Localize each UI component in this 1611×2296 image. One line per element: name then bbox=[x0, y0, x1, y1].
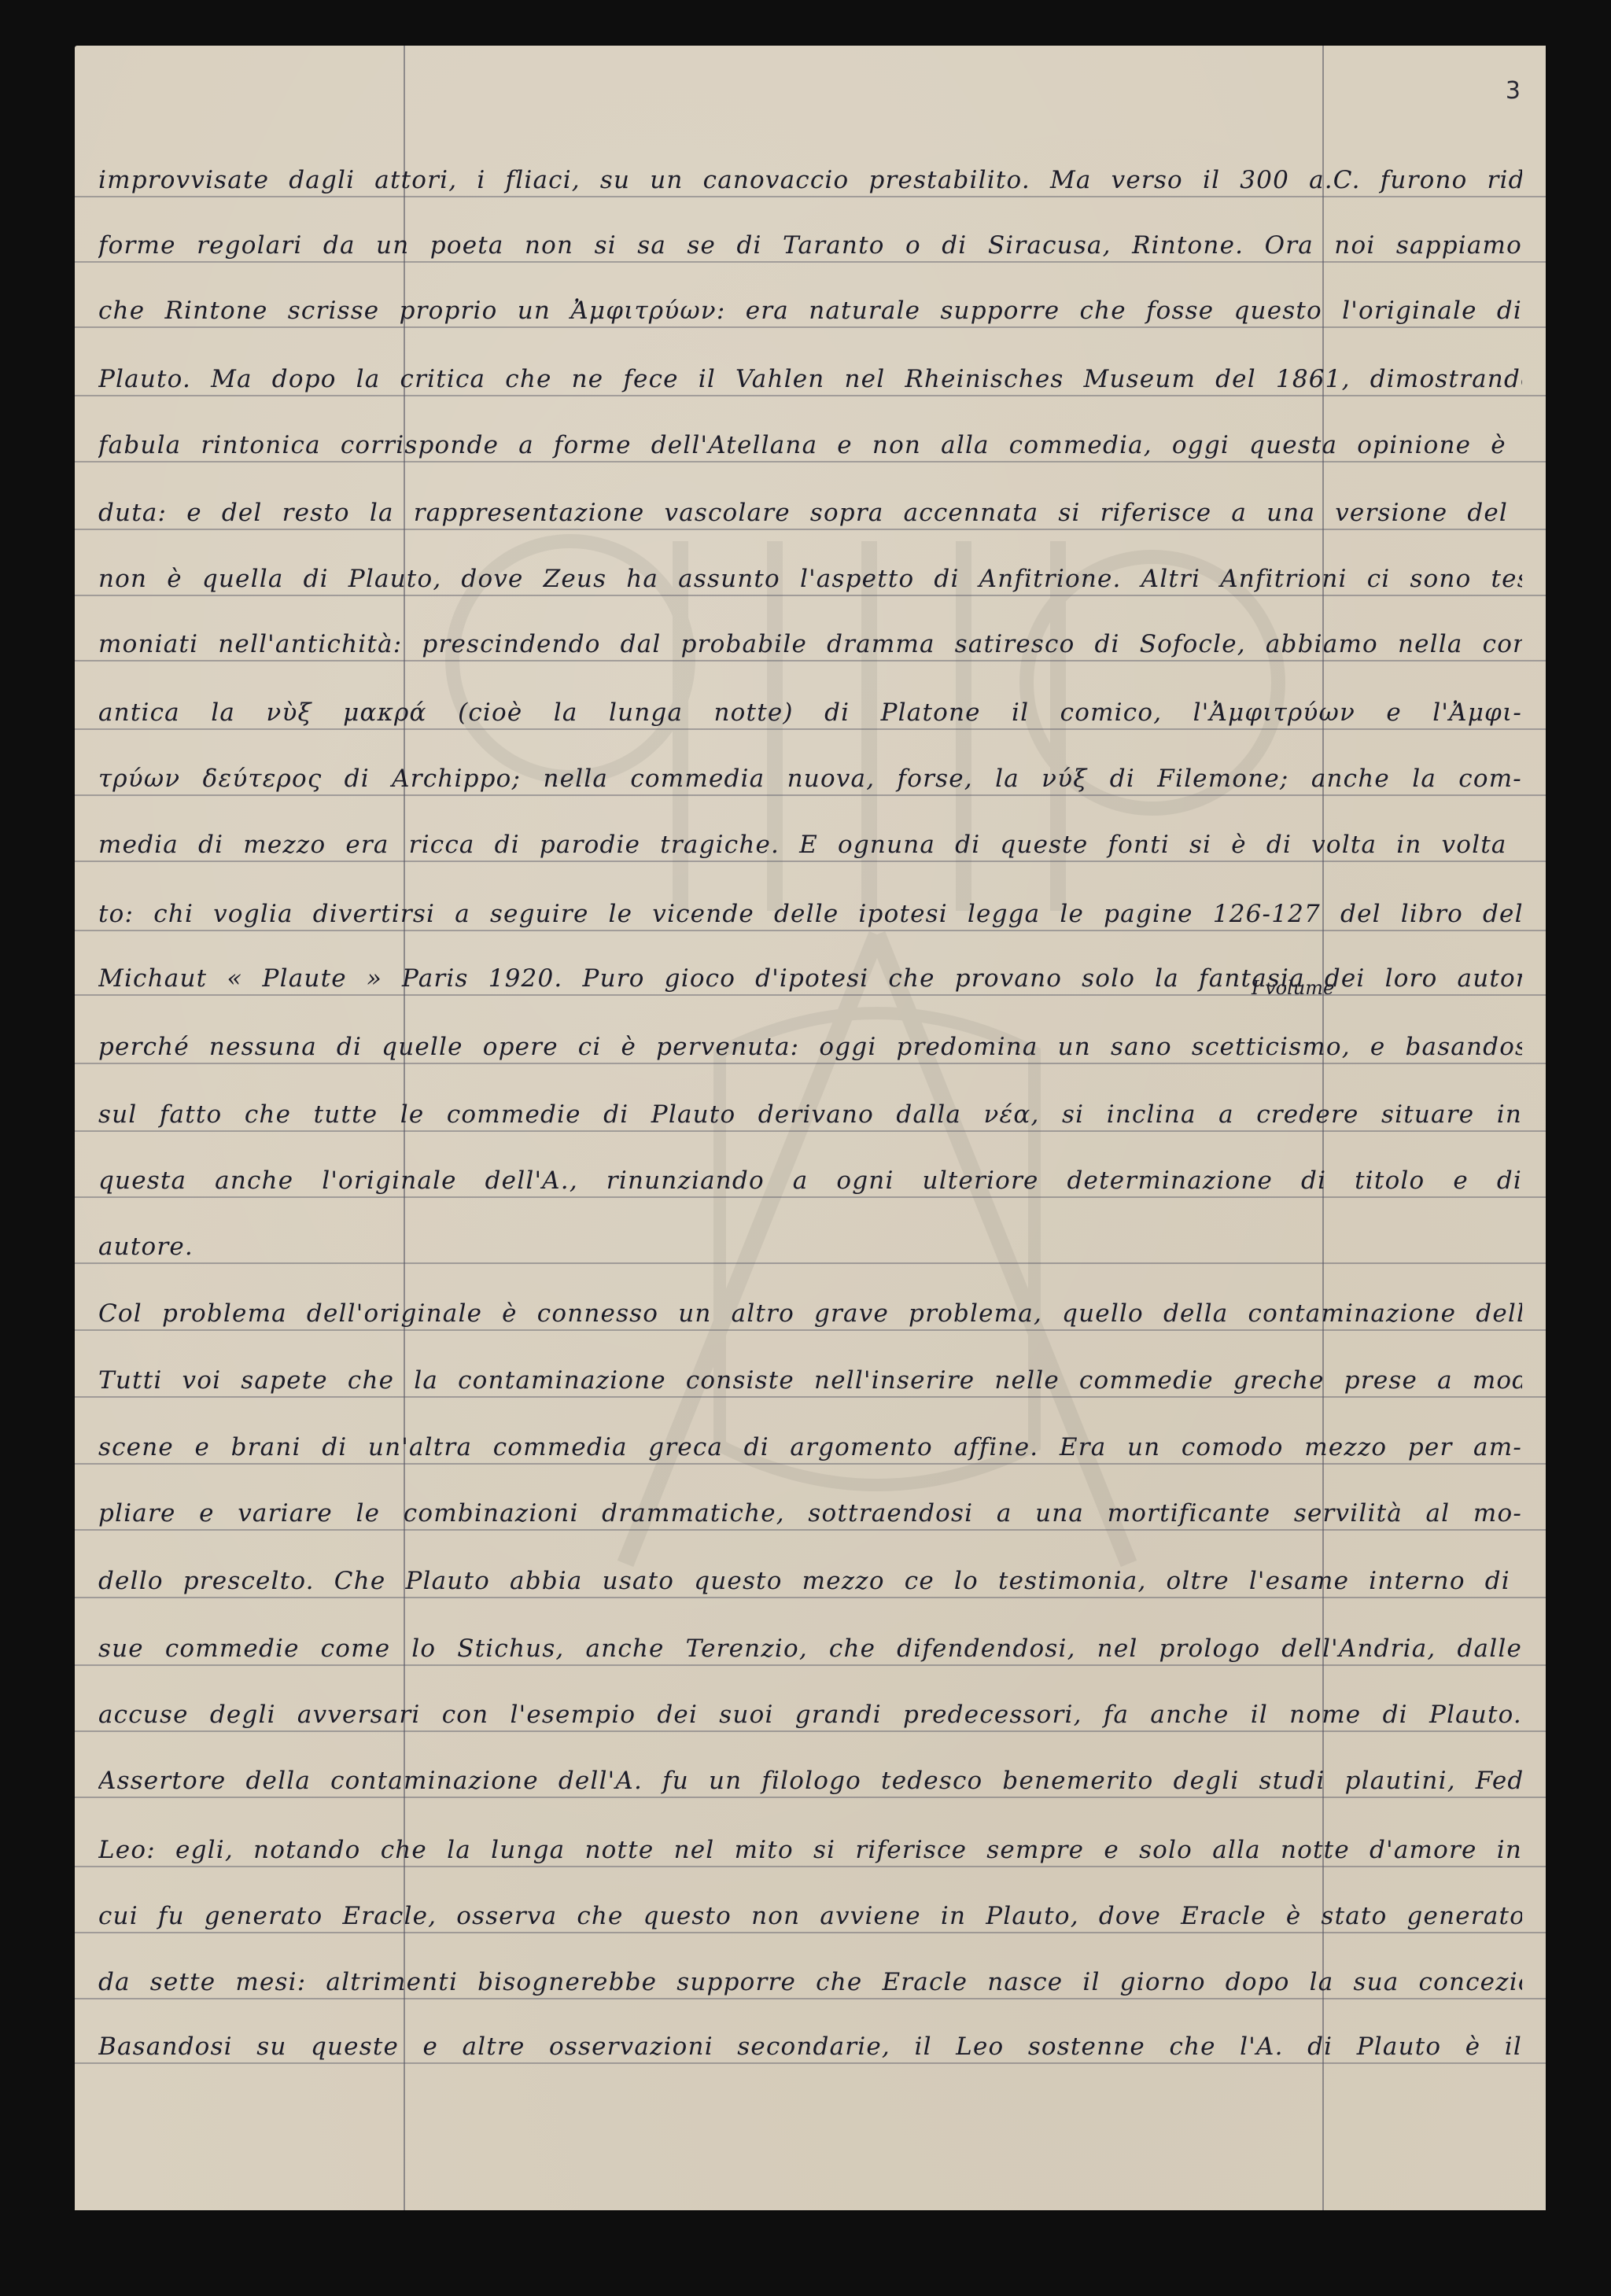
manuscript-page: 3 I volume improvvisate dagli attori, i … bbox=[75, 46, 1546, 2210]
text-line: fabula rintonica corrisponde a forme del… bbox=[75, 393, 1546, 463]
text-line: sul fatto che tutte le commedie di Plaut… bbox=[75, 1063, 1546, 1132]
text-line: duta: e del resto la rappresentazione va… bbox=[75, 461, 1546, 530]
text-line: improvvisate dagli attori, i fliaci, su … bbox=[75, 128, 1546, 197]
text-line: τρύων δεύτερος di Archippo; nella commed… bbox=[75, 727, 1546, 796]
text-line: sue commedie come lo Stichus, anche Tere… bbox=[75, 1597, 1546, 1666]
text-line: Michaut « Plaute » Paris 1920. Puro gioc… bbox=[75, 927, 1546, 996]
text-line: antica la νὺξ μακρά (cioè la lunga notte… bbox=[75, 661, 1546, 730]
text-line: che Rintone scrisse proprio un Ἀμφιτρύων… bbox=[75, 259, 1546, 328]
text-line: scene e brani di un'altra commedia greca… bbox=[75, 1395, 1546, 1465]
text-line: Basandosi su queste e altre osservazioni… bbox=[75, 1995, 1546, 2064]
text-line: pliare e variare le combinazioni drammat… bbox=[75, 1461, 1546, 1531]
text-line: non è quella di Plauto, dove Zeus ha ass… bbox=[75, 527, 1546, 596]
text-line: Assertore della contaminazione dell'A. f… bbox=[75, 1729, 1546, 1798]
text-line: cui fu generato Eracle, osserva che ques… bbox=[75, 1864, 1546, 1933]
text-line: Tutti voi sapete che la contaminazione c… bbox=[75, 1329, 1546, 1398]
text-line: perché nessuna di quelle opere ci è perv… bbox=[75, 995, 1546, 1064]
text-line: forme regolari da un poeta non si sa se … bbox=[75, 193, 1546, 263]
text-line: dello prescelto. Che Plauto abbia usato … bbox=[75, 1529, 1546, 1598]
text-line: questa anche l'originale dell'A., rinunz… bbox=[75, 1129, 1546, 1198]
text-line: Plauto. Ma dopo la critica che ne fece i… bbox=[75, 327, 1546, 396]
page-number: 3 bbox=[1506, 77, 1521, 105]
text-line: autore. bbox=[75, 1195, 1546, 1264]
text-line: moniati nell'antichità: prescindendo dal… bbox=[75, 592, 1546, 662]
text-line: accuse degli avversari con l'esempio dei… bbox=[75, 1663, 1546, 1732]
text-line: Col problema dell'originale è connesso u… bbox=[75, 1262, 1546, 1331]
text-line: media di mezzo era ricca di parodie trag… bbox=[75, 793, 1546, 862]
text-line: da sette mesi: altrimenti bisognerebbe s… bbox=[75, 1930, 1546, 1999]
text-line: Leo: egli, notando che la lunga notte ne… bbox=[75, 1798, 1546, 1867]
text-line: to: chi voglia divertirsi a seguire le v… bbox=[75, 862, 1546, 931]
